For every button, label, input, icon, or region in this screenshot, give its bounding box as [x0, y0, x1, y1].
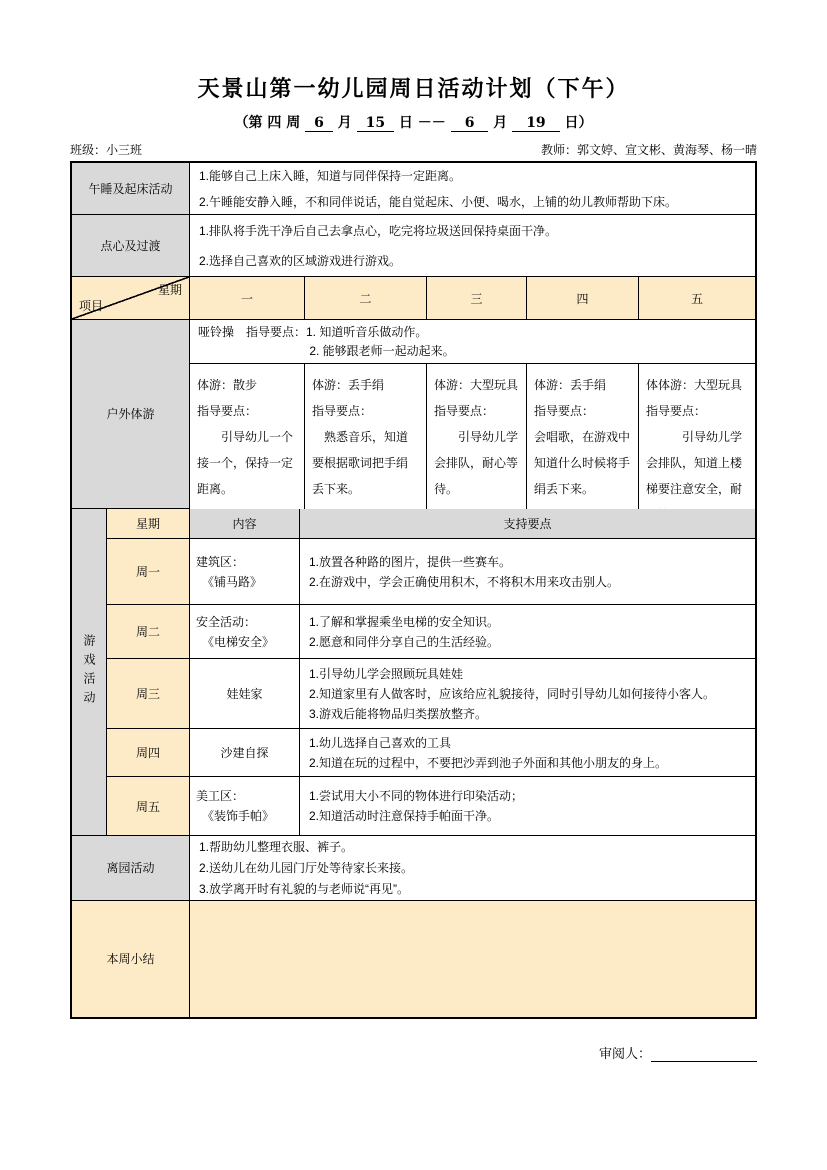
- outdoor-text-fri: 体体游：大型玩具 指导要点： 引导幼儿学会排队，知道上楼梯要注意安全，耐心等待。: [646, 372, 748, 528]
- subtitle-text: 日 －－: [394, 115, 451, 131]
- games-section-label-cell: 游戏活动: [72, 509, 107, 835]
- table-row-nap: 午睡及起床活动 1.能够自己上床入睡，知道与同伴保持一定距离。 2.午睡能安静入…: [72, 163, 755, 215]
- snack-row-text: 1.排队将手洗干净后自己去拿点心，吃完将垃圾送回保持桌面干净。 2.选择自己喜欢…: [199, 216, 746, 276]
- day-start-value: 15: [357, 115, 394, 132]
- games-day-thu: 周四: [107, 729, 190, 776]
- departure-row-content: 1.帮助幼儿整理衣服、裤子。 2.送幼儿在幼儿园门厅处等待家长来接。 3.放学离…: [190, 836, 755, 900]
- reviewer-label: 审阅人：: [599, 1046, 651, 1061]
- outdoor-play-section: 户外体游 哑铃操 指导要点：1. 知道听音乐做动作。 2. 能够跟老师一起动起来…: [72, 320, 755, 509]
- games-support-text-fri: 1.尝试用大小不同的物体进行印染活动； 2.知道活动时注意保持手帕面干净。: [309, 786, 523, 826]
- games-content-mon: 建筑区： 《铺马路》: [190, 539, 300, 604]
- outdoor-text-tue: 体游：丢手绢 指导要点： 熟悉音乐，知道要根据歌词把手绢丢下来。: [312, 372, 419, 502]
- games-support-wed: 1.引导幼儿学会照顾玩具娃娃 2.知道家里有人做客时，应该给应礼貌接待，同时引导…: [300, 659, 755, 728]
- page-title: 天景山第一幼儿园周日活动计划（下午）: [0, 0, 827, 103]
- reviewer-blank-line: [651, 1048, 757, 1062]
- outdoor-cell-fri: 体体游：大型玩具 指导要点： 引导幼儿学会排队，知道上楼梯要注意安全，耐心等待。: [639, 364, 755, 532]
- outdoor-cell-mon: 体游：散步 指导要点： 引导幼儿一个接一个，保持一定距离。: [190, 364, 305, 532]
- month-start-value: 6: [305, 115, 333, 132]
- games-content-text-mon: 建筑区： 《铺马路》: [196, 552, 262, 592]
- games-content-text-tue: 安全活动： 《电梯安全》: [196, 612, 274, 652]
- nap-row-content: 1.能够自己上床入睡，知道与同伴保持一定距离。 2.午睡能安静入睡，不和同伴说话…: [190, 163, 755, 214]
- outdoor-play-content: 哑铃操 指导要点：1. 知道听音乐做动作。 2. 能够跟老师一起动起来。 体游：…: [190, 320, 755, 508]
- weekly-plan-table: 午睡及起床活动 1.能够自己上床入睡，知道与同伴保持一定距离。 2.午睡能安静入…: [70, 161, 757, 1019]
- nap-row-label: 午睡及起床活动: [72, 163, 190, 214]
- games-content-tue: 安全活动： 《电梯安全》: [190, 605, 300, 658]
- subtitle-text: 日）: [560, 115, 593, 131]
- outdoor-play-label: 户外体游: [72, 320, 190, 508]
- diagonal-header-cell: 星期 项目: [72, 277, 190, 319]
- warmup-exercise-cell: 哑铃操 指导要点：1. 知道听音乐做动作。 2. 能够跟老师一起动起来。: [190, 320, 755, 364]
- games-content-text-wed: 娃娃家: [226, 684, 262, 704]
- weekday-header-thu: 四: [527, 277, 639, 319]
- games-support-mon: 1.放置各种路的图片，提供一些赛车。 2.在游戏中，学会正确使用积木，不将积木用…: [300, 539, 755, 604]
- games-content-wed: 娃娃家: [190, 659, 300, 728]
- games-content-thu: 沙建自探: [190, 729, 300, 776]
- games-header-week: 星期: [107, 509, 190, 538]
- weekday-header-mon: 一: [190, 277, 305, 319]
- games-row-mon: 周一 建筑区： 《铺马路》 1.放置各种路的图片，提供一些赛车。 2.在游戏中，…: [107, 539, 755, 605]
- games-content-text-thu: 沙建自探: [220, 743, 268, 763]
- games-row-thu: 周四 沙建自探 1.幼儿选择自己喜欢的工具 2.知道在玩的过程中，不要把沙弄到池…: [107, 729, 755, 777]
- outdoor-cell-tue: 体游：丢手绢 指导要点： 熟悉音乐，知道要根据歌词把手绢丢下来。: [305, 364, 427, 532]
- diagonal-header-project: 项目: [79, 297, 103, 314]
- outdoor-cell-thu: 体游：丢手绢 指导要点： 会唱歌，在游戏中知道什么时候将手绢丢下来。: [527, 364, 639, 532]
- games-support-text-mon: 1.放置各种路的图片，提供一些赛车。 2.在游戏中，学会正确使用积木，不将积木用…: [309, 552, 619, 592]
- nap-row-text: 1.能够自己上床入睡，知道与同伴保持一定距离。 2.午睡能安静入睡，不和同伴说话…: [199, 163, 746, 215]
- class-teacher-row: 班级：小三班 教师：郭文婷、宣文彬、黄海琴、杨一晴: [70, 141, 757, 158]
- games-row-fri: 周五 美工区： 《装饰手帕》 1.尝试用大小不同的物体进行印染活动； 2.知道活…: [107, 777, 755, 835]
- games-section: 游戏活动 星期 内容 支持要点 周一 建筑区： 《铺马路》 1.放置各种路的图片…: [72, 509, 755, 836]
- table-row-summary: 本周小结: [72, 901, 755, 1017]
- snack-row-label: 点心及过渡: [72, 215, 190, 276]
- table-row-snack: 点心及过渡 1.排队将手洗干净后自己去拿点心，吃完将垃圾送回保持桌面干净。 2.…: [72, 215, 755, 277]
- games-day-tue: 周二: [107, 605, 190, 658]
- table-row-departure: 离园活动 1.帮助幼儿整理衣服、裤子。 2.送幼儿在幼儿园门厅处等待家长来接。 …: [72, 836, 755, 901]
- games-header-support: 支持要点: [300, 509, 755, 538]
- games-support-tue: 1.了解和掌握乘坐电梯的安全知识。 2.愿意和同伴分享自己的生活经验。: [300, 605, 755, 658]
- games-support-fri: 1.尝试用大小不同的物体进行印染活动； 2.知道活动时注意保持手帕面干净。: [300, 777, 755, 835]
- week-date-subtitle: （第 四 周 6 月 15 日 －－ 6 月 19 日）: [0, 112, 827, 132]
- games-row-wed: 周三 娃娃家 1.引导幼儿学会照顾玩具娃娃 2.知道家里有人做客时，应该给应礼貌…: [107, 659, 755, 729]
- day-end-value: 19: [512, 115, 559, 132]
- games-content-text-fri: 美工区： 《装饰手帕》: [196, 786, 274, 826]
- subtitle-text: （第 四 周: [234, 115, 305, 131]
- games-day-wed: 周三: [107, 659, 190, 728]
- games-content-fri: 美工区： 《装饰手帕》: [190, 777, 300, 835]
- games-day-mon: 周一: [107, 539, 190, 604]
- subtitle-text: 月: [333, 115, 357, 131]
- games-header-content: 内容: [190, 509, 300, 538]
- departure-row-label: 离园活动: [72, 836, 190, 900]
- subtitle-text: 月: [488, 115, 512, 131]
- summary-row-content: [190, 901, 755, 1017]
- games-support-text-thu: 1.幼儿选择自己喜欢的工具 2.知道在玩的过程中，不要把沙弄到池子外面和其他小朋…: [309, 733, 667, 773]
- weekday-header-row: 星期 项目 一 二 三 四 五: [72, 277, 755, 320]
- reviewer-signature-row: 审阅人：: [70, 1043, 757, 1062]
- class-name: 班级：小三班: [70, 141, 142, 158]
- games-support-thu: 1.幼儿选择自己喜欢的工具 2.知道在玩的过程中，不要把沙弄到池子外面和其他小朋…: [300, 729, 755, 776]
- departure-row-text: 1.帮助幼儿整理衣服、裤子。 2.送幼儿在幼儿园门厅处等待家长来接。 3.放学离…: [199, 837, 746, 900]
- diagonal-header-week: 星期: [158, 281, 182, 298]
- outdoor-text-wed: 体游：大型玩具 指导要点： 引导幼儿学会排队，耐心等待。: [434, 372, 519, 502]
- games-support-text-wed: 1.引导幼儿学会照顾玩具娃娃 2.知道家里有人做客时，应该给应礼貌接待，同时引导…: [309, 664, 715, 724]
- games-section-label: 游戏活动: [83, 634, 95, 710]
- snack-row-content: 1.排队将手洗干净后自己去拿点心，吃完将垃圾送回保持桌面干净。 2.选择自己喜欢…: [190, 215, 755, 276]
- outdoor-text-mon: 体游：散步 指导要点： 引导幼儿一个接一个，保持一定距离。: [197, 372, 297, 502]
- weekday-header-wed: 三: [427, 277, 527, 319]
- summary-row-label: 本周小结: [72, 901, 190, 1017]
- weekday-header-tue: 二: [305, 277, 427, 319]
- games-rows: 星期 内容 支持要点 周一 建筑区： 《铺马路》 1.放置各种路的图片，提供一些…: [107, 509, 755, 835]
- outdoor-day-cells: 体游：散步 指导要点： 引导幼儿一个接一个，保持一定距离。 体游：丢手绢 指导要…: [190, 364, 755, 532]
- games-row-tue: 周二 安全活动： 《电梯安全》 1.了解和掌握乘坐电梯的安全知识。 2.愿意和同…: [107, 605, 755, 659]
- games-header-row: 星期 内容 支持要点: [107, 509, 755, 539]
- month-end-value: 6: [451, 115, 489, 132]
- warmup-exercise-text: 哑铃操 指导要点：1. 知道听音乐做动作。 2. 能够跟老师一起动起来。: [198, 323, 747, 361]
- outdoor-cell-wed: 体游：大型玩具 指导要点： 引导幼儿学会排队，耐心等待。: [427, 364, 527, 532]
- games-day-fri: 周五: [107, 777, 190, 835]
- games-support-text-tue: 1.了解和掌握乘坐电梯的安全知识。 2.愿意和同伴分享自己的生活经验。: [309, 612, 499, 652]
- teacher-names: 教师：郭文婷、宣文彬、黄海琴、杨一晴: [541, 141, 757, 158]
- document-page: 天景山第一幼儿园周日活动计划（下午） （第 四 周 6 月 15 日 －－ 6 …: [0, 0, 827, 1170]
- weekday-header-fri: 五: [639, 277, 755, 319]
- outdoor-text-thu: 体游：丢手绢 指导要点： 会唱歌，在游戏中知道什么时候将手绢丢下来。: [534, 372, 631, 502]
